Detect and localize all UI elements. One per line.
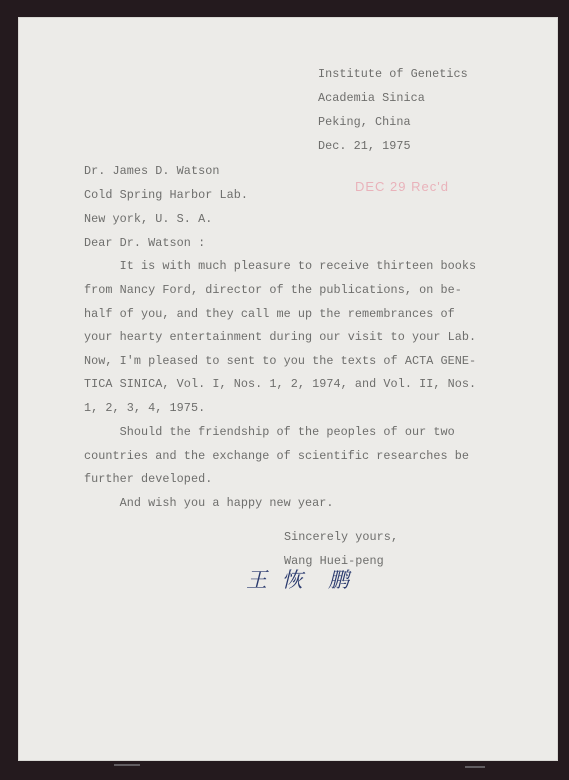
body-line: countries and the exchange of scientific… bbox=[84, 449, 469, 463]
letterhead-institute: Institute of Genetics bbox=[318, 67, 468, 81]
body-line: And wish you a happy new year. bbox=[84, 496, 334, 510]
letterhead-academy: Academia Sinica bbox=[318, 91, 425, 105]
valediction: Sincerely yours, bbox=[284, 530, 398, 544]
body-line: Should the friendship of the peoples of … bbox=[84, 425, 455, 439]
handwritten-signature: 王 恢 鹏 bbox=[246, 564, 353, 594]
recipient-name: Dr. James D. Watson bbox=[84, 164, 219, 178]
received-stamp: DEC 29 Rec'd bbox=[355, 179, 449, 194]
body-line: TICA SINICA, Vol. I, Nos. 1, 2, 1974, an… bbox=[84, 377, 476, 391]
body-line: 1, 2, 3, 4, 1975. bbox=[84, 401, 205, 415]
body-line: Now, I'm pleased to sent to you the text… bbox=[84, 354, 476, 368]
recipient-location: New york, U. S. A. bbox=[84, 212, 212, 226]
mounting-tab-right bbox=[465, 766, 485, 768]
letter-page: Institute of Genetics Academia Sinica Pe… bbox=[19, 18, 557, 760]
salutation: Dear Dr. Watson : bbox=[84, 236, 205, 250]
recipient-institution: Cold Spring Harbor Lab. bbox=[84, 188, 248, 202]
letter-date: Dec. 21, 1975 bbox=[318, 139, 411, 153]
body-line: half of you, and they call me up the rem… bbox=[84, 307, 455, 321]
letterhead-location: Peking, China bbox=[318, 115, 411, 129]
body-line: your hearty entertainment during our vis… bbox=[84, 330, 476, 344]
body-line: further developed. bbox=[84, 472, 212, 486]
body-line: from Nancy Ford, director of the publica… bbox=[84, 283, 462, 297]
mounting-tab-left bbox=[114, 764, 140, 766]
body-line: It is with much pleasure to receive thir… bbox=[84, 259, 476, 273]
